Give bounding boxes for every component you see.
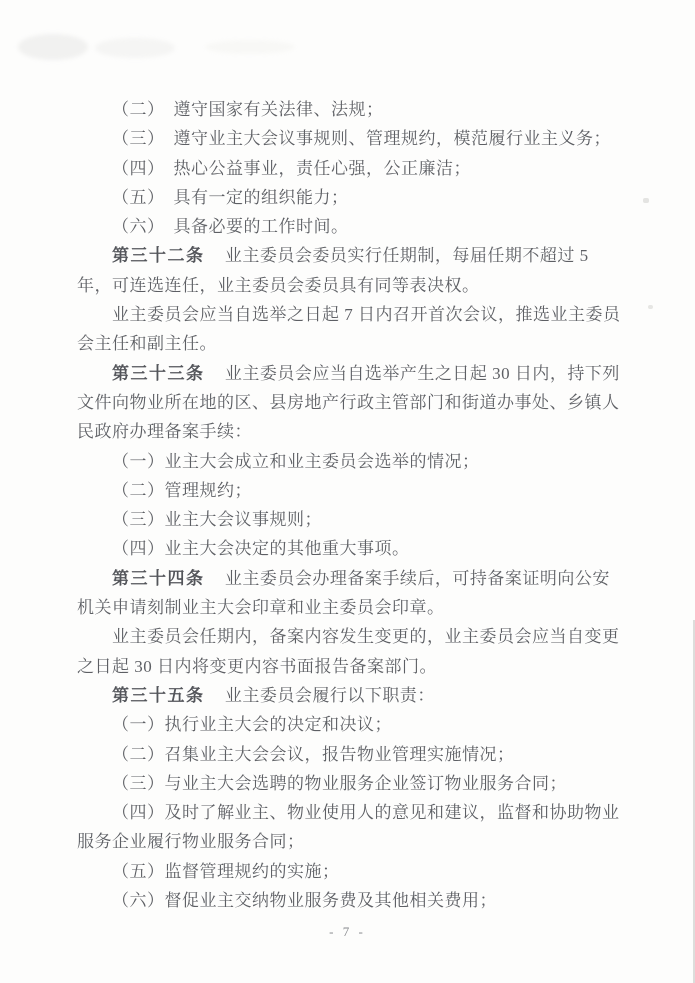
list-item-paragraph: （三） 遵守业主大会议事规则、管理规约，模范履行业主义务；	[77, 124, 623, 153]
document-body: （二） 遵守国家有关法律、法规；（三） 遵守业主大会议事规则、管理规约，模范履行…	[77, 95, 623, 915]
article-paragraph: 第三十四条业主委员会办理备案手续后，可持备案证明向公安机关申请刻制业主大会印章和…	[77, 564, 623, 623]
list-item-paragraph: （六） 具备必要的工作时间。	[77, 212, 623, 241]
list-item-paragraph: （三）与业主大会选聘的物业服务企业签订物业服务合同；	[77, 769, 623, 798]
list-item-paragraph: （二）召集业主大会会议，报告物业管理实施情况；	[77, 740, 623, 769]
list-item-paragraph: （四）业主大会决定的其他重大事项。	[77, 534, 623, 563]
list-item-paragraph: （五） 具有一定的组织能力；	[77, 183, 623, 212]
scanned-document-page: （二） 遵守国家有关法律、法规；（三） 遵守业主大会议事规则、管理规约，模范履行…	[0, 0, 695, 983]
list-item-paragraph: （二） 遵守国家有关法律、法规；	[77, 95, 623, 124]
list-item-paragraph: （六）督促业主交纳物业服务费及其他相关费用；	[77, 886, 623, 915]
article-number: 第三十五条	[112, 686, 205, 705]
scan-speck	[643, 198, 649, 203]
article-number: 第三十三条	[112, 364, 205, 383]
list-item-paragraph: （三）业主大会议事规则；	[77, 505, 623, 534]
scan-smudge	[95, 38, 175, 58]
article-paragraph: 第三十三条业主委员会应当自选举产生之日起 30 日内，持下列文件向物业所在地的区…	[77, 359, 623, 447]
list-item-paragraph: （四） 热心公益事业，责任心强，公正廉洁；	[77, 154, 623, 183]
article-paragraph: 第三十五条业主委员会履行以下职责：	[77, 681, 623, 710]
list-item-paragraph: （五）监督管理规约的实施；	[77, 857, 623, 886]
list-item-paragraph: （二）管理规约；	[77, 476, 623, 505]
article-number: 第三十四条	[112, 569, 205, 588]
article-number: 第三十二条	[112, 246, 205, 265]
list-item-paragraph: 业主委员会任期内，备案内容发生变更的，业主委员会应当自变更之日起 30 日内将变…	[77, 622, 623, 681]
page-number: - 7 -	[0, 924, 695, 940]
scan-smudge	[205, 40, 295, 54]
list-item-paragraph: （一）执行业主大会的决定和决议；	[77, 710, 623, 739]
scan-speck	[648, 305, 653, 309]
list-item-paragraph: 业主委员会应当自选举之日起 7 日内召开首次会议，推选业主委员会主任和副主任。	[77, 300, 623, 359]
list-item-paragraph: （四）及时了解业主、物业使用人的意见和建议，监督和协助物业服务企业履行物业服务合…	[77, 798, 623, 857]
article-paragraph: 第三十二条业主委员会委员实行任期制，每届任期不超过 5 年，可连选连任，业主委员…	[77, 241, 623, 300]
list-item-paragraph: （一）业主大会成立和业主委员会选举的情况；	[77, 447, 623, 476]
scan-smudge	[18, 34, 88, 60]
